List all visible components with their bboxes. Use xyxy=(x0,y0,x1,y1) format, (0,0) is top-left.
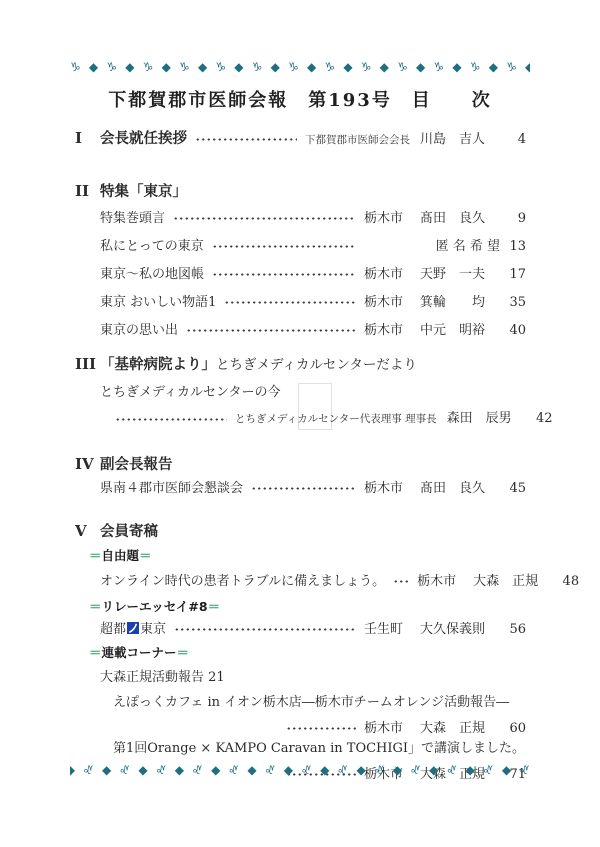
entry-title: 東京 おいしい物語1 xyxy=(100,295,216,310)
entry-title: 大森正規活動報告 21 xyxy=(100,670,526,685)
green-equals-mark: ＝ xyxy=(177,645,190,660)
section-3-subtitle: とちぎメディカルセンターだより xyxy=(216,357,417,373)
author-name: 大森 正規 xyxy=(420,721,500,736)
subsection-label: 自由題 xyxy=(102,548,140,563)
entry-title: とちぎメディカルセンターの今 xyxy=(100,385,526,400)
author-city: 栃木市 xyxy=(364,721,408,736)
section-2-header: II 特集「東京」 xyxy=(75,183,526,200)
author-name: 中元 明裕 xyxy=(420,323,500,338)
author-name: 箕輪 均 xyxy=(420,295,500,310)
entry-title: 東京〜私の地図帳 xyxy=(100,267,204,282)
toc-entry: 県南４郡市医師会懇談会 栃木市 髙田 良久 45 xyxy=(100,481,526,496)
dot-leader xyxy=(393,580,409,583)
author-name: 大久保義則 xyxy=(420,622,500,637)
green-equals-mark: ＝ xyxy=(208,599,221,614)
page-number: 35 xyxy=(500,295,526,310)
author-name: 森田 辰男 xyxy=(447,411,527,426)
page-number: 13 xyxy=(500,239,526,254)
page-number: 40 xyxy=(500,323,526,338)
section-4-header: IV 副会長報告 xyxy=(75,456,526,473)
page-number: 17 xyxy=(500,267,526,282)
green-equals-mark: ＝ xyxy=(89,599,102,614)
section-4-numeral: IV xyxy=(75,456,100,472)
section-3-numeral: III xyxy=(75,356,100,372)
section-5-title: 会員寄稿 xyxy=(100,524,158,540)
author-name: 髙田 良久 xyxy=(420,211,500,226)
section-2-numeral: II xyxy=(75,183,100,199)
blue-square-icon xyxy=(127,622,139,634)
toc-entry: 特集巻頭言 栃木市 髙田 良久 9 xyxy=(100,211,526,226)
author-city: 栃木市 xyxy=(364,481,408,496)
author-name: 川島 吉人 xyxy=(420,132,500,147)
section-1-numeral: I xyxy=(75,131,100,146)
page-number: 42 xyxy=(527,411,553,426)
author-role: 下都賀郡市医師会会長 xyxy=(305,133,410,148)
page-number: 56 xyxy=(500,622,526,637)
entry-title: 第1回Orange × KAMPO Caravan in TOCHIGI」で講演… xyxy=(113,741,526,756)
section-3-title: 「基幹病院より」 xyxy=(100,357,216,373)
section-5-numeral: V xyxy=(75,523,100,539)
toc-entry: 東京〜私の地図帳 栃木市 天野 一夫 17 xyxy=(100,267,526,282)
toc-entry: 東京の思い出 栃木市 中元 明裕 40 xyxy=(100,323,526,338)
section-1-row: I 会長就任挨拶 下都賀郡市医師会会長 川島 吉人 4 xyxy=(75,131,526,148)
dot-leader xyxy=(212,245,356,248)
entry-title-pre: 超都 xyxy=(100,622,126,637)
entry-title: 私にとっての東京 xyxy=(100,239,204,254)
toc-content: I 会長就任挨拶 下都賀郡市医師会会長 川島 吉人 4 II 特集「東京」 特集… xyxy=(75,131,526,782)
dot-leader xyxy=(224,301,356,304)
entry-title: 県南４郡市医師会懇談会 xyxy=(100,481,243,496)
toc-entry: 東京 おいしい物語1 栃木市 箕輪 均 35 xyxy=(100,295,526,310)
author-city: 栃木市 xyxy=(364,267,408,282)
author-name: 大森 正規 xyxy=(473,574,553,589)
subsection-relay-essay: ＝リレーエッセイ#8＝ xyxy=(89,600,526,614)
green-equals-mark: ＝ xyxy=(139,548,152,563)
entry-title: 超都東京 xyxy=(100,622,166,637)
toc-entry: 私にとっての東京 匿 名 希 望 13 xyxy=(100,239,526,254)
green-equals-mark: ＝ xyxy=(89,645,102,660)
section-3-header: III 「基幹病院より」 とちぎメディカルセンターだより xyxy=(75,356,526,373)
page-number: 48 xyxy=(553,574,579,589)
toc-entry: オンライン時代の患者トラブルに備えましょう。 栃木市 大森 正規 48 xyxy=(100,574,526,589)
toc-entry: 超都東京 壬生町 大久保義則 56 xyxy=(100,622,526,637)
toc-entry-credit: とちぎメディカルセンター代表理事 理事長 森田 辰男 42 xyxy=(115,411,526,427)
subsection-label: リレーエッセイ#8 xyxy=(102,599,208,614)
author-city: 栃木市 xyxy=(364,295,408,310)
subsection-rensai-corner: ＝連載コーナー＝ xyxy=(89,646,526,660)
dot-leader xyxy=(174,628,356,631)
section-4-title: 副会長報告 xyxy=(100,457,173,473)
author-name: 髙田 良久 xyxy=(420,481,500,496)
entry-title: オンライン時代の患者トラブルに備えましょう。 xyxy=(100,574,385,589)
dot-leader xyxy=(286,727,356,730)
page-title: 下都賀郡市医師会報 第193号 目 次 xyxy=(0,86,600,112)
dot-leader xyxy=(195,138,297,141)
entry-title: 特集巻頭言 xyxy=(100,211,165,226)
dot-leader xyxy=(115,418,227,421)
dot-leader xyxy=(173,217,356,220)
toc-entry-credit: 栃木市 大森 正規 60 xyxy=(75,721,526,736)
section-1-title: 会長就任挨拶 xyxy=(100,131,187,146)
dot-leader xyxy=(251,487,356,490)
page-number: 45 xyxy=(500,481,526,496)
author-city: 栃木市 xyxy=(417,574,461,589)
subsection-jiyudai: ＝自由題＝ xyxy=(89,549,526,563)
author-city: 栃木市 xyxy=(364,211,408,226)
page-number: 9 xyxy=(500,211,526,226)
entry-title-post: 東京 xyxy=(140,622,166,637)
author-city: 壬生町 xyxy=(364,622,408,637)
author-role: とちぎメディカルセンター代表理事 理事長 xyxy=(235,412,437,427)
author-name: 天野 一夫 xyxy=(420,267,500,282)
section-5-header: V 会員寄稿 xyxy=(75,523,526,540)
section-2-title: 特集「東京」 xyxy=(100,184,187,200)
ornament-border-bottom: ♑ ◆ ♑ ◆ ♑ ◆ ♑ ◆ ♑ ◆ ♑ ◆ ♑ ◆ ♑ ◆ ♑ ◆ ♑ ◆ … xyxy=(70,762,530,778)
green-equals-mark: ＝ xyxy=(89,548,102,563)
subsection-label: 連載コーナー xyxy=(102,645,177,660)
ornament-border-top: ♑ ◆ ♑ ◆ ♑ ◆ ♑ ◆ ♑ ◆ ♑ ◆ ♑ ◆ ♑ ◆ ♑ ◆ ♑ ◆ … xyxy=(70,59,530,75)
page-number: 60 xyxy=(500,721,526,736)
toc-page: ♑ ◆ ♑ ◆ ♑ ◆ ♑ ◆ ♑ ◆ ♑ ◆ ♑ ◆ ♑ ◆ ♑ ◆ ♑ ◆ … xyxy=(0,0,600,847)
dot-leader xyxy=(212,273,356,276)
entry-title: 東京の思い出 xyxy=(100,323,178,338)
author-city: 栃木市 xyxy=(364,323,408,338)
page-number: 4 xyxy=(500,132,526,147)
dot-leader xyxy=(186,329,356,332)
author-name: 匿 名 希 望 xyxy=(364,239,500,254)
entry-title: えぽっくカフェ in イオン栃木店―栃木市チームオレンジ活動報告― xyxy=(113,695,526,710)
